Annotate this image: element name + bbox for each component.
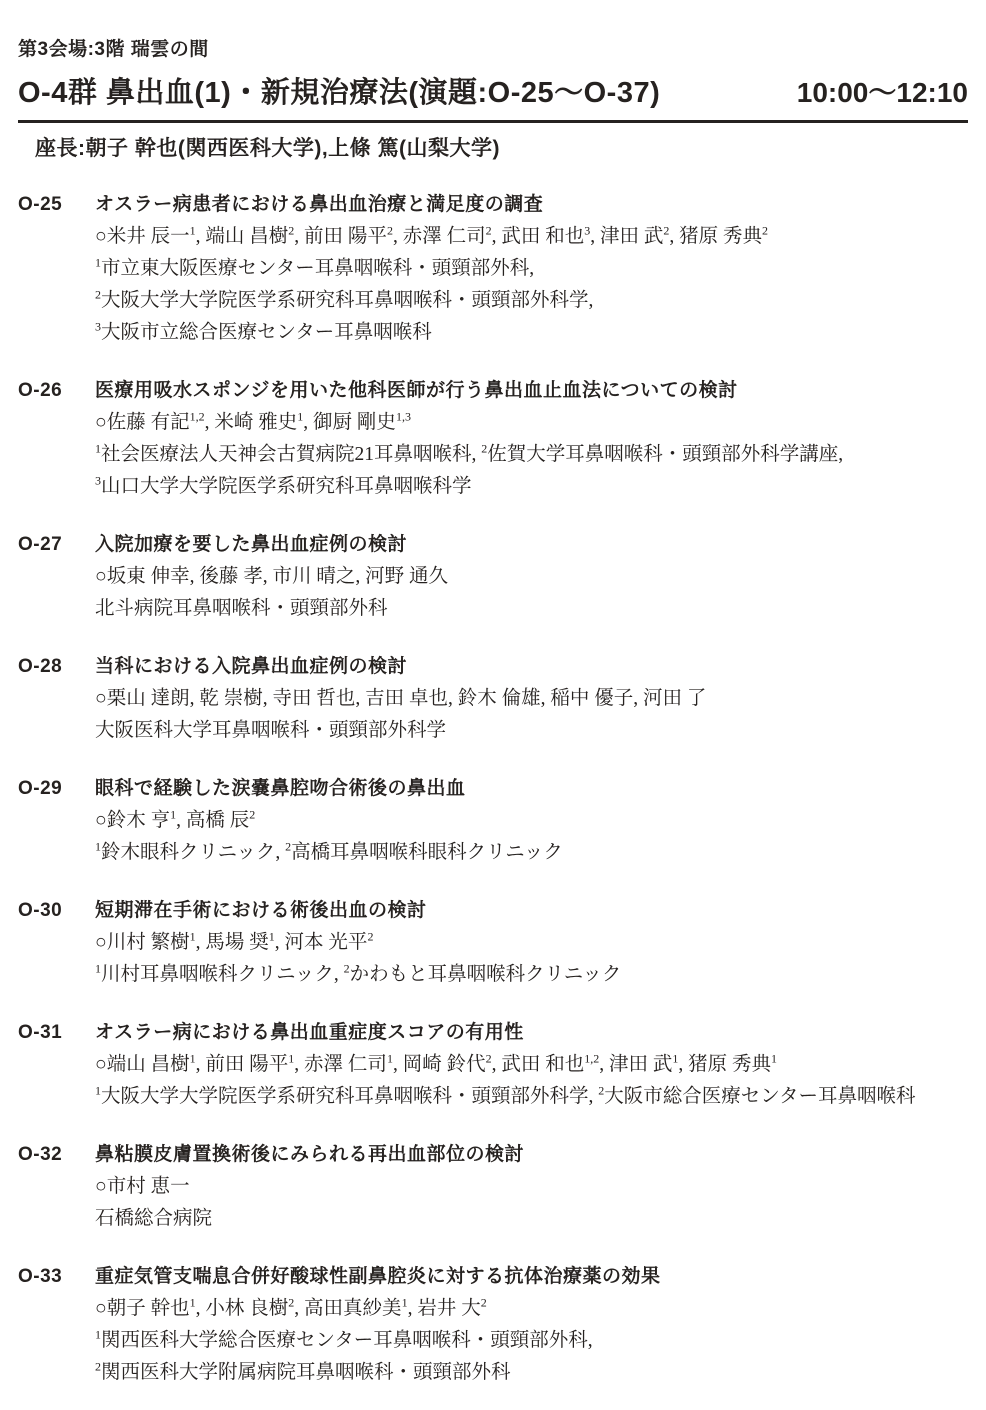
authors-line: ○朝子 幹也1, 小林 良樹2, 高田真紗美1, 岩井 大2 xyxy=(95,1293,968,1325)
presentation-list: O-25 オスラー病患者における鼻出血治療と満足度の調査 ○米井 辰一1, 端山… xyxy=(18,189,968,1389)
presentation-code: O-31 xyxy=(18,1017,95,1113)
presentation-entry-o33: O-33 重症気管支喘息合併好酸球性副鼻腔炎に対する抗体治療薬の効果 ○朝子 幹… xyxy=(18,1261,968,1389)
presentation-title: オスラー病における鼻出血重症度スコアの有用性 xyxy=(95,1017,968,1049)
venue-room-label: 第3会場:3階 瑞雲の間 xyxy=(18,34,968,61)
presentation-title: 短期滞在手術における術後出血の検討 xyxy=(95,895,968,927)
authors-line: ○栗山 達朗, 乾 崇樹, 寺田 哲也, 吉田 卓也, 鈴木 倫雄, 稲中 優子… xyxy=(95,683,968,715)
affiliation-line: 1市立東大阪医療センター耳鼻咽喉科・頭頸部外科, xyxy=(95,253,968,285)
presentation-body: 医療用吸水スポンジを用いた他科医師が行う鼻出血止血法についての検討 ○佐藤 有記… xyxy=(95,375,968,503)
presentation-code: O-27 xyxy=(18,529,95,625)
affiliation-line: 1大阪大学大学院医学系研究科耳鼻咽喉科・頭頸部外科学, 2大阪市総合医療センター… xyxy=(95,1081,968,1113)
presentation-title: オスラー病患者における鼻出血治療と満足度の調査 xyxy=(95,189,968,221)
presentation-title: 当科における入院鼻出血症例の検討 xyxy=(95,651,968,683)
program-page: 第3会場:3階 瑞雲の間 O-4群 鼻出血(1)・新規治療法(演題:O-25〜O… xyxy=(0,0,986,1410)
presentation-body: 入院加療を要した鼻出血症例の検討 ○坂東 伸幸, 後藤 孝, 市川 晴之, 河野… xyxy=(95,529,968,625)
authors-line: ○佐藤 有記1,2, 米崎 雅史1, 御厨 剛史1,3 xyxy=(95,407,968,439)
presentation-code: O-33 xyxy=(18,1261,95,1389)
affiliation-line: 大阪医科大学耳鼻咽喉科・頭頸部外科学 xyxy=(95,715,968,747)
presentation-entry-o31: O-31 オスラー病における鼻出血重症度スコアの有用性 ○端山 昌樹1, 前田 … xyxy=(18,1017,968,1113)
authors-line: ○米井 辰一1, 端山 昌樹2, 前田 陽平2, 赤澤 仁司2, 武田 和也3,… xyxy=(95,221,968,253)
presentation-entry-o29: O-29 眼科で経験した涙嚢鼻腔吻合術後の鼻出血 ○鈴木 亨1, 高橋 辰2 1… xyxy=(18,773,968,869)
affiliation-line: 1社会医療法人天神会古賀病院21耳鼻咽喉科, 2佐賀大学耳鼻咽喉科・頭頸部外科学… xyxy=(95,439,968,471)
header-divider xyxy=(18,120,968,123)
affiliation-line: 2大阪大学大学院医学系研究科耳鼻咽喉科・頭頸部外科学, xyxy=(95,285,968,317)
presentation-body: 短期滞在手術における術後出血の検討 ○川村 繁樹1, 馬場 奨1, 河本 光平2… xyxy=(95,895,968,991)
session-time: 10:00〜12:10 xyxy=(797,71,968,111)
presentation-title: 重症気管支喘息合併好酸球性副鼻腔炎に対する抗体治療薬の効果 xyxy=(95,1261,968,1293)
presentation-title: 眼科で経験した涙嚢鼻腔吻合術後の鼻出血 xyxy=(95,773,968,805)
affiliation-line: 1鈴木眼科クリニック, 2高橋耳鼻咽喉科眼科クリニック xyxy=(95,837,968,869)
presentation-body: オスラー病患者における鼻出血治療と満足度の調査 ○米井 辰一1, 端山 昌樹2,… xyxy=(95,189,968,349)
affiliation-line: 1川村耳鼻咽喉科クリニック, 2かわもと耳鼻咽喉科クリニック xyxy=(95,959,968,991)
presentation-title: 鼻粘膜皮膚置換術後にみられる再出血部位の検討 xyxy=(95,1139,968,1171)
affiliation-line: 2関西医科大学附属病院耳鼻咽喉科・頭頸部外科 xyxy=(95,1357,968,1389)
affiliation-line: 石橋総合病院 xyxy=(95,1203,968,1235)
session-header: O-4群 鼻出血(1)・新規治療法(演題:O-25〜O-37) 10:00〜12… xyxy=(18,70,968,111)
authors-line: ○坂東 伸幸, 後藤 孝, 市川 晴之, 河野 通久 xyxy=(95,561,968,593)
authors-line: ○川村 繁樹1, 馬場 奨1, 河本 光平2 xyxy=(95,927,968,959)
affiliation-line: 北斗病院耳鼻咽喉科・頭頸部外科 xyxy=(95,593,968,625)
presentation-code: O-26 xyxy=(18,375,95,503)
session-title: O-4群 鼻出血(1)・新規治療法(演題:O-25〜O-37) xyxy=(18,70,660,111)
affiliation-line: 3大阪市立総合医療センター耳鼻咽喉科 xyxy=(95,317,968,349)
presentation-code: O-30 xyxy=(18,895,95,991)
chairs-line: 座長:朝子 幹也(関西医科大学),上條 篤(山梨大学) xyxy=(18,132,968,162)
presentation-entry-o25: O-25 オスラー病患者における鼻出血治療と満足度の調査 ○米井 辰一1, 端山… xyxy=(18,189,968,349)
presentation-body: 鼻粘膜皮膚置換術後にみられる再出血部位の検討 ○市村 恵一 石橋総合病院 xyxy=(95,1139,968,1235)
presentation-entry-o32: O-32 鼻粘膜皮膚置換術後にみられる再出血部位の検討 ○市村 恵一 石橋総合病… xyxy=(18,1139,968,1235)
presentation-entry-o28: O-28 当科における入院鼻出血症例の検討 ○栗山 達朗, 乾 崇樹, 寺田 哲… xyxy=(18,651,968,747)
presentation-title: 医療用吸水スポンジを用いた他科医師が行う鼻出血止血法についての検討 xyxy=(95,375,968,407)
authors-line: ○鈴木 亨1, 高橋 辰2 xyxy=(95,805,968,837)
presentation-code: O-32 xyxy=(18,1139,95,1235)
presentation-code: O-25 xyxy=(18,189,95,349)
presentation-body: オスラー病における鼻出血重症度スコアの有用性 ○端山 昌樹1, 前田 陽平1, … xyxy=(95,1017,968,1113)
affiliation-line: 1関西医科大学総合医療センター耳鼻咽喉科・頭頸部外科, xyxy=(95,1325,968,1357)
presentation-entry-o30: O-30 短期滞在手術における術後出血の検討 ○川村 繁樹1, 馬場 奨1, 河… xyxy=(18,895,968,991)
authors-line: ○市村 恵一 xyxy=(95,1171,968,1203)
presentation-body: 眼科で経験した涙嚢鼻腔吻合術後の鼻出血 ○鈴木 亨1, 高橋 辰2 1鈴木眼科ク… xyxy=(95,773,968,869)
affiliation-line: 3山口大学大学院医学系研究科耳鼻咽喉科学 xyxy=(95,471,968,503)
presentation-code: O-28 xyxy=(18,651,95,747)
presentation-code: O-29 xyxy=(18,773,95,869)
presentation-body: 当科における入院鼻出血症例の検討 ○栗山 達朗, 乾 崇樹, 寺田 哲也, 吉田… xyxy=(95,651,968,747)
presentation-entry-o27: O-27 入院加療を要した鼻出血症例の検討 ○坂東 伸幸, 後藤 孝, 市川 晴… xyxy=(18,529,968,625)
presentation-title: 入院加療を要した鼻出血症例の検討 xyxy=(95,529,968,561)
authors-line: ○端山 昌樹1, 前田 陽平1, 赤澤 仁司1, 岡崎 鈴代2, 武田 和也1,… xyxy=(95,1049,968,1081)
presentation-entry-o26: O-26 医療用吸水スポンジを用いた他科医師が行う鼻出血止血法についての検討 ○… xyxy=(18,375,968,503)
presentation-body: 重症気管支喘息合併好酸球性副鼻腔炎に対する抗体治療薬の効果 ○朝子 幹也1, 小… xyxy=(95,1261,968,1389)
